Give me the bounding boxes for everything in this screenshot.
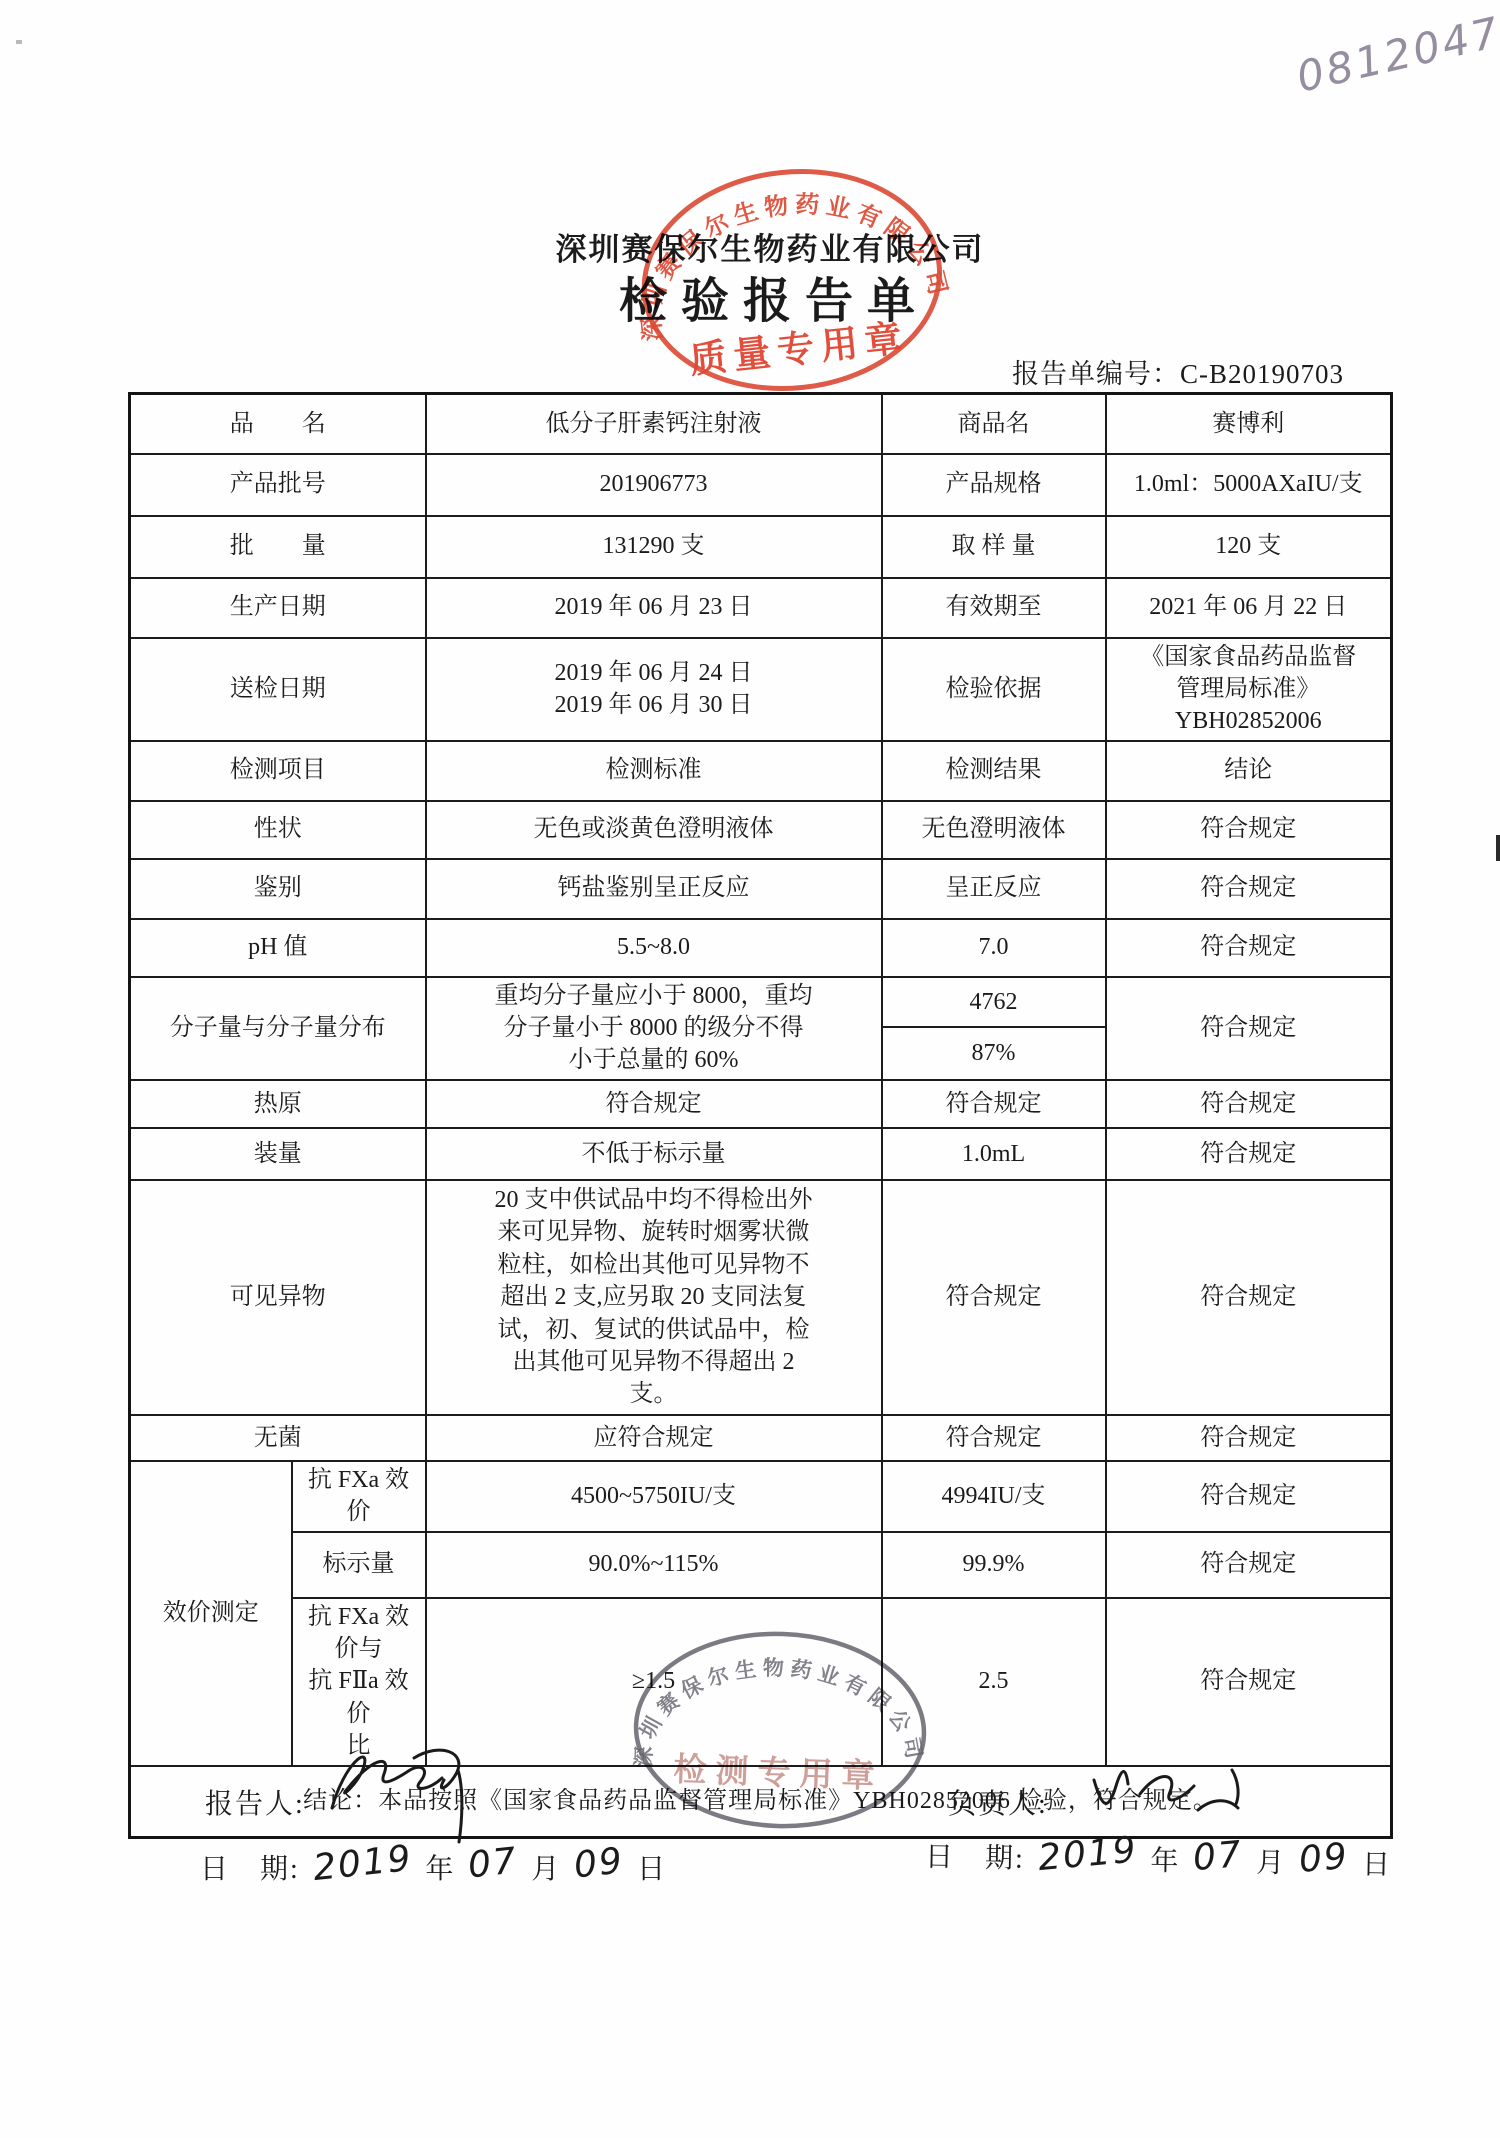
reporter-label: 报告人: [205,1782,305,1822]
approver-signature [1082,1752,1262,1842]
report-number-value: C-B20190703 [1180,359,1344,389]
cell-ratio-con: 符合规定 [1106,1598,1392,1766]
cell-antifxa-con: 符合规定 [1106,1461,1392,1532]
cell-basis: 《国家食品药品监督 管理局标准》 YBH02852006 [1106,638,1392,741]
scan-artifact [1496,835,1500,861]
cell-character-label: 性状 [130,801,426,859]
cell-labelled-res: 99.9% [882,1532,1106,1598]
date-line-left: 日 期: 2019 年 07 月 09 日 [200,1846,667,1887]
table-row: 产品批号 201906773 产品规格 1.0ml：5000AXaIU/支 [130,454,1392,516]
handwritten-month: 07 [1192,1834,1245,1879]
cell-mfg-date-label: 生产日期 [130,578,426,638]
cell-ph-label: pH 值 [130,919,426,977]
cell-ph-std: 5.5~8.0 [426,919,882,977]
cell-mw-con: 符合规定 [1106,977,1392,1080]
cell-spec: 1.0ml：5000AXaIU/支 [1106,454,1392,516]
table-row: 批 量 131290 支 取 样 量 120 支 [130,516,1392,578]
cell-sterility-res: 符合规定 [882,1415,1106,1461]
day-suffix: 日 [1362,1850,1393,1882]
cell-product-name: 低分子肝素钙注射液 [426,394,882,454]
table-row: 热原 符合规定 符合规定 符合规定 [130,1080,1392,1128]
cell-character-std: 无色或淡黄色澄明液体 [426,801,882,859]
col-header-item: 检测项目 [130,741,426,801]
cell-fill-label: 装量 [130,1128,426,1180]
handwritten-day: 09 [1298,1836,1351,1881]
quality-stamp-icon: 深圳赛保尔生物药业有限公司 质量专用章 [625,150,959,411]
inspection-report-table: 品 名 低分子肝素钙注射液 商品名 赛博利 产品批号 201906773 产品规… [128,392,1393,1839]
cell-sample-qty: 120 支 [1106,516,1392,578]
cell-identify-label: 鉴别 [130,859,426,919]
report-number: 报告单编号：C-B20190703 [1012,352,1344,391]
test-stamp-label: 检测专用章 [673,1750,884,1795]
test-stamp-icon: 深圳赛保尔生物药业有限公司 检测专用章 [624,1621,935,1839]
month-suffix: 月 [531,1854,561,1885]
cell-particles-std: 20 支中供试品中均不得检出外 来可见异物、旋转时烟雾状微 粒柱，如检出其他可见… [426,1180,882,1415]
cell-expiry: 2021 年 06 月 22 日 [1106,578,1392,638]
col-header-standard: 检测标准 [426,741,882,801]
table-row: 送检日期 2019 年 06 月 24 日 2019 年 06 月 30 日 检… [130,638,1392,741]
cell-antifxa-std: 4500~5750IU/支 [426,1461,882,1532]
quality-stamp-label: 质量专用章 [688,316,911,382]
month-suffix: 月 [1256,1848,1287,1880]
cell-submit-dates: 2019 年 06 月 24 日 2019 年 06 月 30 日 [426,638,882,741]
cell-spec-label: 产品规格 [882,454,1106,516]
date-line-right: 日 期: 2019 年 07 月 09 日 [925,1834,1393,1883]
table-header-row: 检测项目 检测标准 检测结果 结论 [130,741,1392,801]
cell-expiry-label: 有效期至 [882,578,1106,638]
cell-mw-std: 重均分子量应小于 8000，重均 分子量小于 8000 的级分不得 小于总量的 … [426,977,882,1080]
handwritten-month: 07 [466,1841,520,1887]
cell-pyrogen-label: 热原 [130,1080,426,1128]
cell-labelled-con: 符合规定 [1106,1532,1392,1598]
table-row: 分子量与分子量分布 重均分子量应小于 8000，重均 分子量小于 8000 的级… [130,977,1392,1028]
cell-fill-std: 不低于标示量 [426,1128,882,1180]
cell-labelled-std: 90.0%~115% [426,1532,882,1598]
table-row: 装量 不低于标示量 1.0mL 符合规定 [130,1128,1392,1180]
table-row: 品 名 低分子肝素钙注射液 商品名 赛博利 [130,394,1392,454]
table-row: 可见异物 20 支中供试品中均不得检出外 来可见异物、旋转时烟雾状微 粒柱，如检… [130,1180,1392,1415]
cell-trade-name-label: 商品名 [882,394,1106,454]
cell-submit-date-label: 送检日期 [130,638,426,741]
quality-stamp-ring-text: 深圳赛保尔生物药业有限公司 [626,175,954,342]
year-suffix: 年 [1150,1846,1181,1878]
handwritten-day: 09 [572,1841,626,1887]
table-row: 鉴别 钙盐鉴别呈正反应 呈正反应 符合规定 [130,859,1392,919]
cell-sterility-con: 符合规定 [1106,1415,1392,1461]
scan-artifact [16,40,22,44]
cell-trade-name: 赛博利 [1106,394,1392,454]
table-row: 性状 无色或淡黄色澄明液体 无色澄明液体 符合规定 [130,801,1392,859]
cell-fill-con: 符合规定 [1106,1128,1392,1180]
cell-sample-qty-label: 取 样 量 [882,516,1106,578]
cell-identify-res: 呈正反应 [882,859,1106,919]
col-header-conclusion: 结论 [1106,741,1392,801]
cell-batch-qty-label: 批 量 [130,516,426,578]
cell-ph-res: 7.0 [882,919,1106,977]
svg-text:深圳赛保尔生物药业有限公司: 深圳赛保尔生物药业有限公司 [626,175,954,342]
cell-item-label: 品 名 [130,394,426,454]
cell-batch-no-label: 产品批号 [130,454,426,516]
cell-labelled-label: 标示量 [292,1532,426,1598]
reporter-signature [318,1730,518,1848]
cell-character-res: 无色澄明液体 [882,801,1106,859]
cell-mw-res1: 4762 [882,977,1106,1028]
cell-pyrogen-std: 符合规定 [426,1080,882,1128]
approver-label: 负责人: [948,1782,1048,1822]
cell-fill-res: 1.0mL [882,1128,1106,1180]
table-row: 标示量 90.0%~115% 99.9% 符合规定 [130,1532,1392,1598]
cell-particles-res: 符合规定 [882,1180,1106,1415]
day-suffix: 日 [637,1854,667,1885]
table-row: pH 值 5.5~8.0 7.0 符合规定 [130,919,1392,977]
handwritten-year: 2019 [1036,1829,1139,1879]
cell-mw-label: 分子量与分子量分布 [130,977,426,1080]
cell-character-con: 符合规定 [1106,801,1392,859]
cell-antifxa-res: 4994IU/支 [882,1461,1106,1532]
handwritten-year: 2019 [311,1838,414,1889]
cell-pyrogen-con: 符合规定 [1106,1080,1392,1128]
cell-antifxa-label: 抗 FXa 效价 [292,1461,426,1532]
date-label: 日 期: [925,1842,1025,1875]
cell-identify-std: 钙盐鉴别呈正反应 [426,859,882,919]
report-number-label: 报告单编号： [1012,359,1180,389]
table-row: 生产日期 2019 年 06 月 23 日 有效期至 2021 年 06 月 2… [130,578,1392,638]
cell-batch-no: 201906773 [426,454,882,516]
table-row: 无菌 应符合规定 符合规定 符合规定 [130,1415,1392,1461]
cell-ph-con: 符合规定 [1106,919,1392,977]
cell-sterility-std: 应符合规定 [426,1415,882,1461]
cell-batch-qty: 131290 支 [426,516,882,578]
year-suffix: 年 [425,1854,455,1885]
cell-basis-label: 检验依据 [882,638,1106,741]
cell-pyrogen-res: 符合规定 [882,1080,1106,1128]
cell-identify-con: 符合规定 [1106,859,1392,919]
cell-mfg-date: 2019 年 06 月 23 日 [426,578,882,638]
cell-sterility-label: 无菌 [130,1415,426,1461]
cell-potency-group-label: 效价测定 [130,1461,292,1766]
date-label: 日 期: [200,1854,300,1885]
cell-mw-res2: 87% [882,1027,1106,1080]
table-row: 效价测定 抗 FXa 效价 4500~5750IU/支 4994IU/支 符合规… [130,1461,1392,1532]
col-header-result: 检测结果 [882,741,1106,801]
cell-particles-con: 符合规定 [1106,1180,1392,1415]
cell-particles-label: 可见异物 [130,1180,426,1415]
handwritten-number: 0812047 [1292,7,1500,102]
